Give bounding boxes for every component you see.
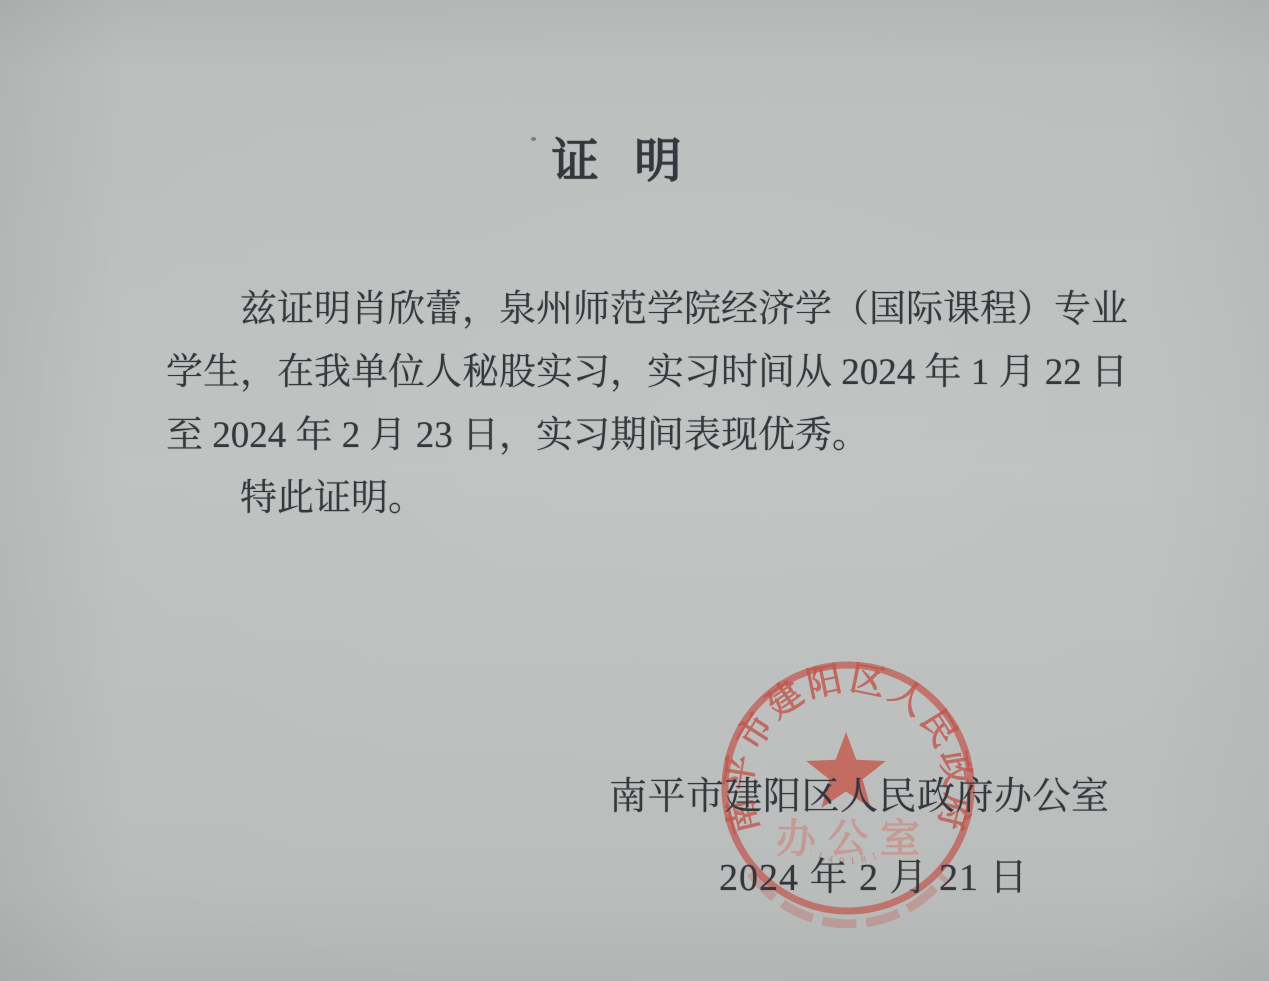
body-line: 学生，在我单位人秘股实习，实习时间从 2024 年 1 月 22 日: [166, 341, 1118, 404]
document-body: 兹证明肖欣蕾，泉州师范学院经济学（国际课程）专业 学生，在我单位人秘股实习，实习…: [166, 278, 1118, 530]
body-line: 兹证明肖欣蕾，泉州师范学院经济学（国际课程）专业: [166, 278, 1118, 341]
body-line: 特此证明。: [166, 467, 1118, 530]
body-line: 至 2024 年 2 月 23 日，实习期间表现优秀。: [166, 404, 1118, 467]
issuer-signature: 南平市建阳区人民政府办公室: [609, 765, 1110, 820]
certificate-page: 证 明 兹证明肖欣蕾，泉州师范学院经济学（国际课程）专业 学生，在我单位人秘股实…: [0, 0, 1269, 981]
document-title: 证 明: [0, 124, 1257, 191]
issue-date: 2024 年 2 月 21 日: [719, 846, 1029, 901]
